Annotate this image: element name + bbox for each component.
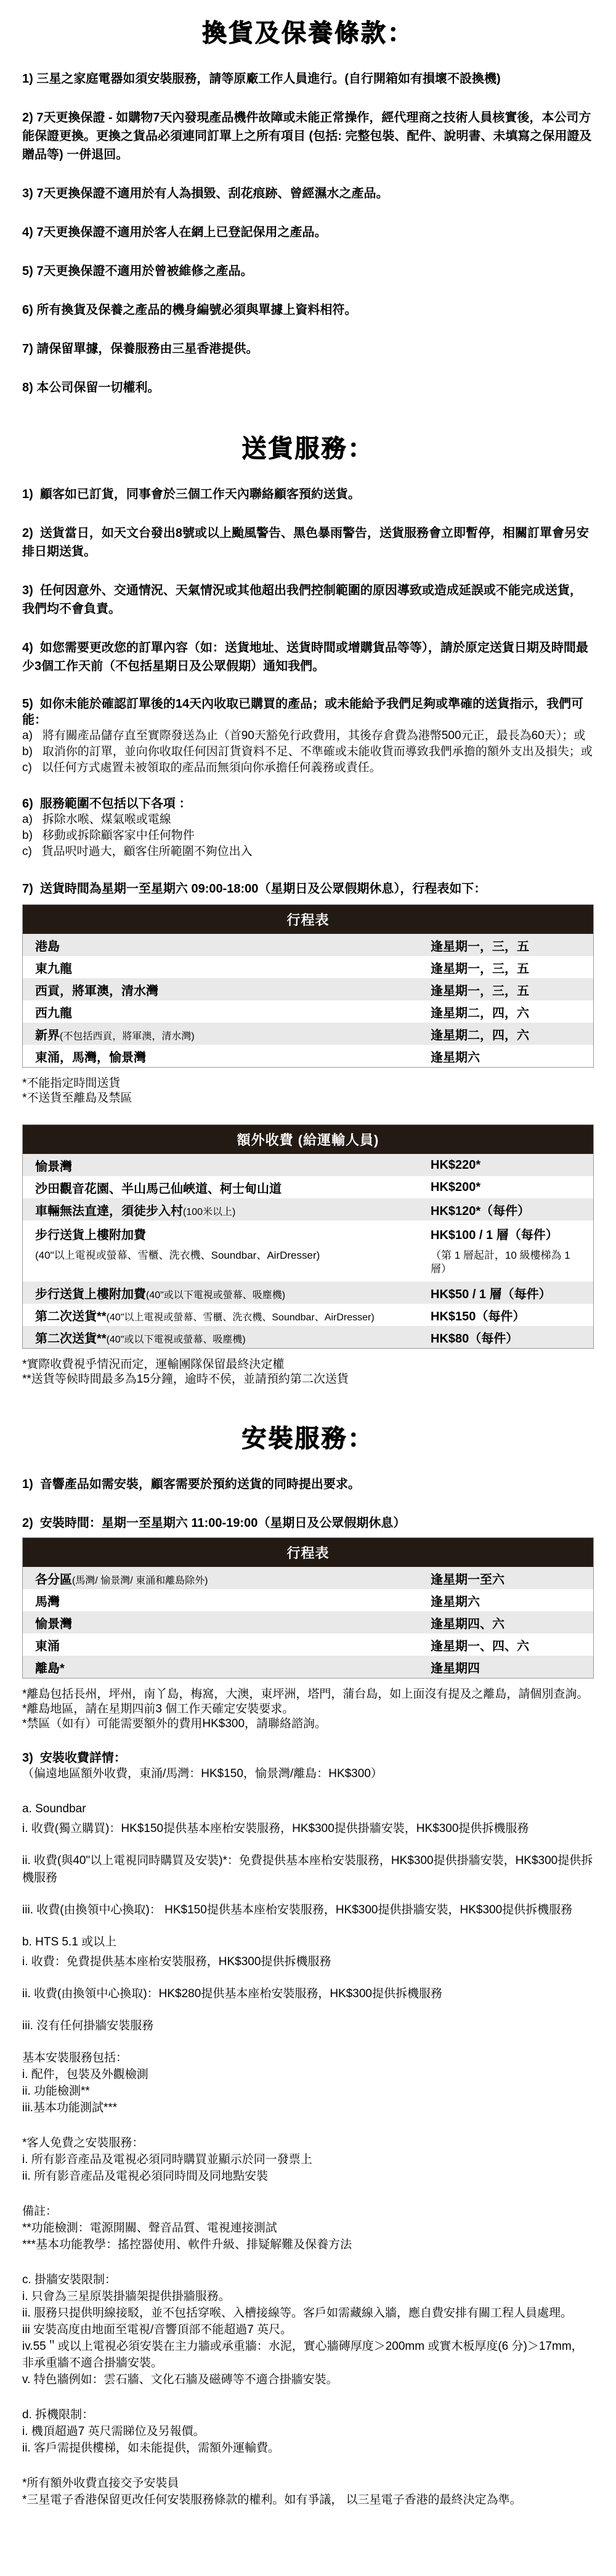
table-row: 步行送貨上樓附加費 (40"以上電視或螢幕、雪櫃、洗衣機、Soundbar、Ai… xyxy=(23,1221,593,1282)
warranty-item-5: 5) 7天更換保證不適用於曾被維修之產品。 xyxy=(22,262,594,280)
delivery-item-4: 4) 如您需要更改您的訂單內容（如：送貨地址、送貨時間或增購貨品等等），請於原定… xyxy=(22,639,594,676)
warranty-item-1: 1) 三星之家庭電器如須安裝服務，請等原廠工作人員進行。(自行開箱如有損壞不設換… xyxy=(22,70,594,88)
fee-label-subnote: (40"以上電視或螢幕、雪櫃、洗衣機、Soundbar、AirDresser) xyxy=(35,1249,431,1262)
fee-label-cell: 第二次送貨**(40"或以下電視或螢幕、吸塵機) xyxy=(35,1328,431,1346)
free-install-list: *客人免費之安裝服務： i. 所有影音產品及電視必須同時購買並顯示於同一發票上 … xyxy=(22,2135,594,2185)
table-row: 離島* 逢星期四 xyxy=(23,1656,593,1678)
area-cell: 馬灣 xyxy=(35,1592,431,1609)
wall-mount-limit-item: iv.55＂或以上電視必須安裝在主力牆或承重牆：水泥，實心牆磚厚度＞200mm … xyxy=(22,2338,594,2371)
days-cell: 逢星期一，三，五 xyxy=(431,981,587,999)
fee-value-cell: HK$150（每件） xyxy=(431,1306,587,1324)
extra-fee-table: 額外收費 (給運輸人員) 愉景灣 HK$220* 沙田觀音花園、半山馬己仙峽道、… xyxy=(22,1124,594,1349)
days-cell: 逢星期一，三，五 xyxy=(431,936,587,954)
delivery-item-6a: a) 拆除水喉、煤氣喉或電線 xyxy=(22,812,594,828)
area-cell: 東涌，馬灣，愉景灣 xyxy=(35,1047,431,1065)
fee-value-cell: HK$100 / 1 層（每件） （第 1 層起計，10 級樓梯為 1 層） xyxy=(431,1225,587,1276)
table-row: 港島 逢星期一，三，五 xyxy=(23,934,593,956)
fee-note: **送貨等候時間最多為15分鐘，逾時不侯，並請預約第二次送貨 xyxy=(22,1372,594,1387)
fee-label-cell: 步行送貨上樓附加費 (40"以上電視或螢幕、雪櫃、洗衣機、Soundbar、Ai… xyxy=(35,1225,431,1262)
soundbar-heading: a. Soundbar xyxy=(22,1801,594,1818)
free-install-item: i. 所有影音產品及電視必須同時購買並顯示於同一發票上 xyxy=(22,2151,594,2168)
area-cell: 各分區(馬灣/ 愉景灣/ 東涌和離島除外) xyxy=(35,1569,431,1587)
basic-install-item: i. 配件，包裝及外觀檢測 xyxy=(22,2066,594,2083)
delivery-section-title: 送貨服務： xyxy=(22,429,594,464)
basic-install-item: ii. 功能檢測** xyxy=(22,2083,594,2100)
fee-label-note: (40"或以下電視或螢幕、吸塵機) xyxy=(146,1290,285,1301)
dismantle-limit-item: i. 機頂超過7 英尺需睇位及另報價。 xyxy=(22,2423,594,2440)
days-cell: 逢星期二，四，六 xyxy=(431,1003,587,1021)
final-note: *所有額外收費直接交予安裝員 xyxy=(22,2475,594,2492)
wall-mount-limit-item: i. 只會為三星原裝掛牆架提供掛牆服務。 xyxy=(22,2288,594,2305)
install-note: *禁區（如有）可能需要額外的費用HK$300，請聯絡諮詢。 xyxy=(22,1717,594,1732)
delivery-item-3: 3) 任何因意外、交通情況、天氣情況或其他超出我們控制範圍的原因導致或造成延誤或… xyxy=(22,581,594,618)
install-item-1: 1) 音響產品如需安裝，顧客需要於預約送貨的同時提出要求。 xyxy=(22,1475,594,1494)
remarks-heading: 備註： xyxy=(22,2203,594,2220)
hts-fee-item: i. 收費：免費提供基本座枱安裝服務，HK$300提供拆機服務 xyxy=(22,1953,594,1971)
delivery-schedule-table-header: 行程表 xyxy=(23,905,593,934)
warranty-item-6: 6) 所有換貨及保養之產品的機身編號必須與單據上資料相符。 xyxy=(22,301,594,319)
wall-mount-limits-heading: c. 掛牆安裝限制： xyxy=(22,2271,594,2288)
days-cell: 逢星期六 xyxy=(431,1047,587,1065)
fee-value-cell: HK$80（每件） xyxy=(431,1328,587,1346)
install-schedule-table: 行程表 各分區(馬灣/ 愉景灣/ 東涌和離島除外) 逢星期一至六 馬灣 逢星期六… xyxy=(22,1537,594,1678)
table-row: 步行送貨上樓附加費(40"或以下電視或螢幕、吸塵機) HK$50 / 1 層（每… xyxy=(23,1282,593,1304)
fee-value-cell: HK$220* xyxy=(431,1158,587,1172)
remark-item: **功能檢測：電源開關、聲音品質、電視連接測試 xyxy=(22,2220,594,2236)
wall-mount-limit-item: v. 特色牆例如：雲石牆、文化石牆及磁磚等不適合掛牆安裝。 xyxy=(22,2371,594,2388)
basic-install-item: iii.基本功能測試*** xyxy=(22,2100,594,2116)
delivery-item-6b: b) 移動或拆除顧客家中任何物件 xyxy=(22,828,594,844)
days-cell: 逢星期六 xyxy=(431,1592,587,1609)
install-section-title: 安裝服務： xyxy=(22,1419,594,1454)
final-notes: *所有額外收費直接交予安裝員 *三星電子香港保留更改任何安裝服務條款的權利。如有… xyxy=(22,2475,594,2508)
free-install-heading: *客人免費之安裝服務： xyxy=(22,2135,594,2151)
table-row: 各分區(馬灣/ 愉景灣/ 東涌和離島除外) 逢星期一至六 xyxy=(23,1567,593,1589)
extra-fee-table-header: 額外收費 (給運輸人員) xyxy=(23,1125,593,1154)
fee-label-cell: 車輛無法直達，須徒步入村(100米以上) xyxy=(35,1201,431,1219)
area-cell: 離島* xyxy=(35,1658,431,1676)
area-cell: 西九龍 xyxy=(35,1003,431,1021)
area-note: (不包括西貢，將軍澳，清水灣) xyxy=(60,1031,195,1042)
final-note: *三星電子香港保留更改任何安裝服務條款的權利。如有爭議， 以三星電子香港的最終決… xyxy=(22,2492,594,2508)
warranty-section-title: 換貨及保養條款： xyxy=(22,14,594,49)
dismantle-limits-list: d. 拆機限制： i. 機頂超過7 英尺需睇位及另報價。 ii. 客戶需提供樓梯… xyxy=(22,2406,594,2456)
dismantle-limit-item: ii. 客戶需提供樓梯，如未能提供，需額外運輸費。 xyxy=(22,2440,594,2456)
table-row: 東九龍 逢星期一，三，五 xyxy=(23,956,593,978)
fee-value-cell: HK$200* xyxy=(431,1180,587,1195)
table-row: 新界(不包括西貢，將軍澳，清水灣) 逢星期二，四，六 xyxy=(23,1023,593,1045)
area-note: (馬灣/ 愉景灣/ 東涌和離島除外) xyxy=(72,1576,208,1586)
delivery-schedule-table: 行程表 港島 逢星期一，三，五 東九龍 逢星期一，三，五 西貢，將軍澳，清水灣 … xyxy=(22,904,594,1068)
hts-heading: b. HTS 5.1 或以上 xyxy=(22,1934,594,1951)
fee-label-cell: 愉景灣 xyxy=(35,1156,431,1174)
table-row: 沙田觀音花園、半山馬己仙峽道、柯士甸山道 HK$200* xyxy=(23,1176,593,1198)
wall-mount-limits-list: c. 掛牆安裝限制： i. 只會為三星原裝掛牆架提供掛牆服務。 ii. 服務只提… xyxy=(22,2271,594,2388)
install-note: *離島包括長州，坪州，南丫島，梅窩，大澳，東坪洲，塔門，蒲台島，如上面沒有提及之… xyxy=(22,1687,594,1702)
table-row: 東涌，馬灣，愉景灣 逢星期六 xyxy=(23,1045,593,1067)
table-row: 東涌 逢星期一、四、六 xyxy=(23,1634,593,1656)
table-row: 馬灣 逢星期六 xyxy=(23,1589,593,1611)
fee-value-cell: HK$120*（每件） xyxy=(431,1201,587,1219)
days-cell: 逢星期四、六 xyxy=(431,1614,587,1632)
fee-label-note: (40"或以下電視或螢幕、吸塵機) xyxy=(107,1335,246,1345)
install-note: *離島地區，請在星期四前3 個工作天確定安裝要求。 xyxy=(22,1702,594,1717)
hts-fee-item: iii. 沒有任何掛牆安裝服務 xyxy=(22,2018,594,2035)
wall-mount-limit-item: ii. 服務只提供明線接駁，並不包括穿喉、入槽接線等。客戶如需藏線入牆，應自費安… xyxy=(22,2305,594,2321)
fee-label-note: (100米以上) xyxy=(183,1207,235,1217)
delivery-item-5c: c) 以任何方式處置未被領取的產品而無須向你承擔任何義務或責任。 xyxy=(22,760,594,776)
fee-value-subnote: （第 1 層起計，10 級樓梯為 1 層） xyxy=(431,1249,587,1276)
delivery-item-1: 1) 顧客如已訂貨，同事會於三個工作天內聯絡顧客預約送貨。 xyxy=(22,485,594,504)
schedule-note: *不送貨至離島及禁區 xyxy=(22,1091,594,1106)
terms-document: 換貨及保養條款： 1) 三星之家庭電器如須安裝服務，請等原廠工作人員進行。(自行… xyxy=(0,0,616,2576)
delivery-item-6c: c) 貨品呎吋過大，顧客住所範圍不夠位出入 xyxy=(22,844,594,860)
delivery-item-5b: b) 取消你的訂單，並向你收取任何因訂貨資料不足、不準確或未能收貨而導致我們承擔… xyxy=(22,744,594,760)
warranty-item-2: 2) 7天更換保證 - 如購物7天內發現產品機件故障或未能正常操作，經代理商之技… xyxy=(22,108,594,164)
remarks-list: 備註： **功能檢測：電源開關、聲音品質、電視連接測試 ***基本功能教學：搖控… xyxy=(22,2203,594,2253)
delivery-item-5: 5) 如你未能於確認訂單後的14天內收取已購買的產品；或未能給予我們足夠或準確的… xyxy=(22,696,594,728)
fee-label-cell: 沙田觀音花園、半山馬己仙峽道、柯士甸山道 xyxy=(35,1179,431,1196)
fee-value-cell: HK$50 / 1 層（每件） xyxy=(431,1284,587,1302)
delivery-item-6: 6) 服務範圍不包括以下各項 ： xyxy=(22,796,594,812)
hts-fee-item: ii. 收費(由換領中心換取)：HK$280提供基本座枱安裝服務，HK$300提… xyxy=(22,1985,594,2003)
basic-install-list: 基本安裝服務包括： i. 配件，包裝及外觀檢測 ii. 功能檢測** iii.基… xyxy=(22,2050,594,2116)
fee-note: *實際收費視乎情況而定，運輸團隊保留最終決定權 xyxy=(22,1357,594,1372)
dismantle-limits-heading: d. 拆機限制： xyxy=(22,2406,594,2423)
table-row: 西九龍 逢星期二，四，六 xyxy=(23,1000,593,1023)
table-row: 愉景灣 逢星期四、六 xyxy=(23,1611,593,1634)
warranty-item-3: 3) 7天更換保證不適用於有人為損毀、刮花痕跡、曾經濕水之產品。 xyxy=(22,184,594,203)
fee-label-cell: 第二次送貨**(40"以上電視或螢幕、雪櫃、洗衣機、Soundbar、AirDr… xyxy=(35,1306,431,1324)
table-row: 第二次送貨**(40"以上電視或螢幕、雪櫃、洗衣機、Soundbar、AirDr… xyxy=(23,1304,593,1326)
area-cell: 西貢，將軍澳，清水灣 xyxy=(35,981,431,999)
extra-fee-notes: *實際收費視乎情況而定，運輸團隊保留最終決定權 **送貨等候時間最多為15分鐘，… xyxy=(22,1357,594,1387)
install-fees-heading: 3) 安裝收費詳情： xyxy=(22,1750,594,1766)
table-row: 車輛無法直達，須徒步入村(100米以上) HK$120*（每件） xyxy=(23,1198,593,1221)
install-fees-subheading: （偏遠地區額外收費，東涌/馬灣：HK$150，愉景灣/離島：HK$300） xyxy=(22,1766,594,1782)
table-row: 第二次送貨**(40"或以下電視或螢幕、吸塵機) HK$80（每件） xyxy=(23,1326,593,1348)
delivery-schedule-notes: *不能指定時間送貨 *不送貨至離島及禁區 xyxy=(22,1076,594,1106)
soundbar-fee-item: iii. 收費(由換領中心換取)： HK$150提供基本座枱安裝服務，HK$30… xyxy=(22,1902,594,1919)
table-row: 西貢，將軍澳，清水灣 逢星期一，三，五 xyxy=(23,978,593,1000)
soundbar-fee-item: i. 收費(獨立購買)：HK$150提供基本座枱安裝服務，HK$300提供掛牆安… xyxy=(22,1820,594,1838)
table-row: 愉景灣 HK$220* xyxy=(23,1154,593,1176)
schedule-note: *不能指定時間送貨 xyxy=(22,1076,594,1091)
install-schedule-table-header: 行程表 xyxy=(23,1538,593,1567)
area-cell: 新界(不包括西貢，將軍澳，清水灣) xyxy=(35,1025,431,1043)
wall-mount-limit-item: iii 安裝高度由地面至電視/音響頂部不能超過7 英尺。 xyxy=(22,2321,594,2338)
fee-label-note: (40"以上電視或螢幕、雪櫃、洗衣機、Soundbar、AirDresser) xyxy=(107,1312,375,1323)
days-cell: 逢星期二，四，六 xyxy=(431,1025,587,1043)
delivery-item-5a: a) 將有關產品儲存直至實際發送為止（首90天豁免行政費用，其後存倉費為港幣50… xyxy=(22,728,594,744)
remark-item: ***基本功能教學：搖控器使用、軟件升級、排疑解難及保養方法 xyxy=(22,2236,594,2253)
warranty-item-8: 8) 本公司保留一切權利。 xyxy=(22,378,594,397)
delivery-item-7: 7) 送貨時間為星期一至星期六 09:00-18:00（星期日及公眾假期休息），… xyxy=(22,880,594,898)
delivery-item-5-block: 5) 如你未能於確認訂單後的14天內收取已購買的產品；或未能給予我們足夠或準確的… xyxy=(22,696,594,776)
warranty-item-4: 4) 7天更換保證不適用於客人在網上已登記保用之產品。 xyxy=(22,223,594,242)
install-schedule-notes: *離島包括長州，坪州，南丫島，梅窩，大澳，東坪洲，塔門，蒲台島，如上面沒有提及之… xyxy=(22,1687,594,1732)
install-item-2: 2) 安裝時間：星期一至星期六 11:00-19:00（星期日及公眾假期休息） xyxy=(22,1514,594,1532)
delivery-item-2: 2) 送貨當日，如天文台發出8號或以上颱風警告、黑色暴雨警告，送貨服務會立即暫停… xyxy=(22,524,594,561)
area-cell: 東涌 xyxy=(35,1636,431,1654)
free-install-item: ii. 所有影音產品及電視必須同時間及同地點安裝 xyxy=(22,2168,594,2185)
days-cell: 逢星期四 xyxy=(431,1658,587,1676)
days-cell: 逢星期一，三，五 xyxy=(431,959,587,976)
basic-install-heading: 基本安裝服務包括： xyxy=(22,2050,594,2066)
area-cell: 愉景灣 xyxy=(35,1614,431,1632)
fee-label-cell: 步行送貨上樓附加費(40"或以下電視或螢幕、吸塵機) xyxy=(35,1284,431,1302)
warranty-item-7: 7) 請保留單據，保養服務由三星香港提供。 xyxy=(22,340,594,358)
days-cell: 逢星期一至六 xyxy=(431,1569,587,1587)
delivery-item-6-block: 6) 服務範圍不包括以下各項 ： a) 拆除水喉、煤氣喉或電線 b) 移動或拆除… xyxy=(22,796,594,860)
area-cell: 港島 xyxy=(35,936,431,954)
soundbar-fee-item: ii. 收費(與40"以上電視同時購買及安裝)*：免費提供基本座枱安裝服務，HK… xyxy=(22,1852,594,1887)
days-cell: 逢星期一、四、六 xyxy=(431,1636,587,1654)
area-cell: 東九龍 xyxy=(35,959,431,976)
